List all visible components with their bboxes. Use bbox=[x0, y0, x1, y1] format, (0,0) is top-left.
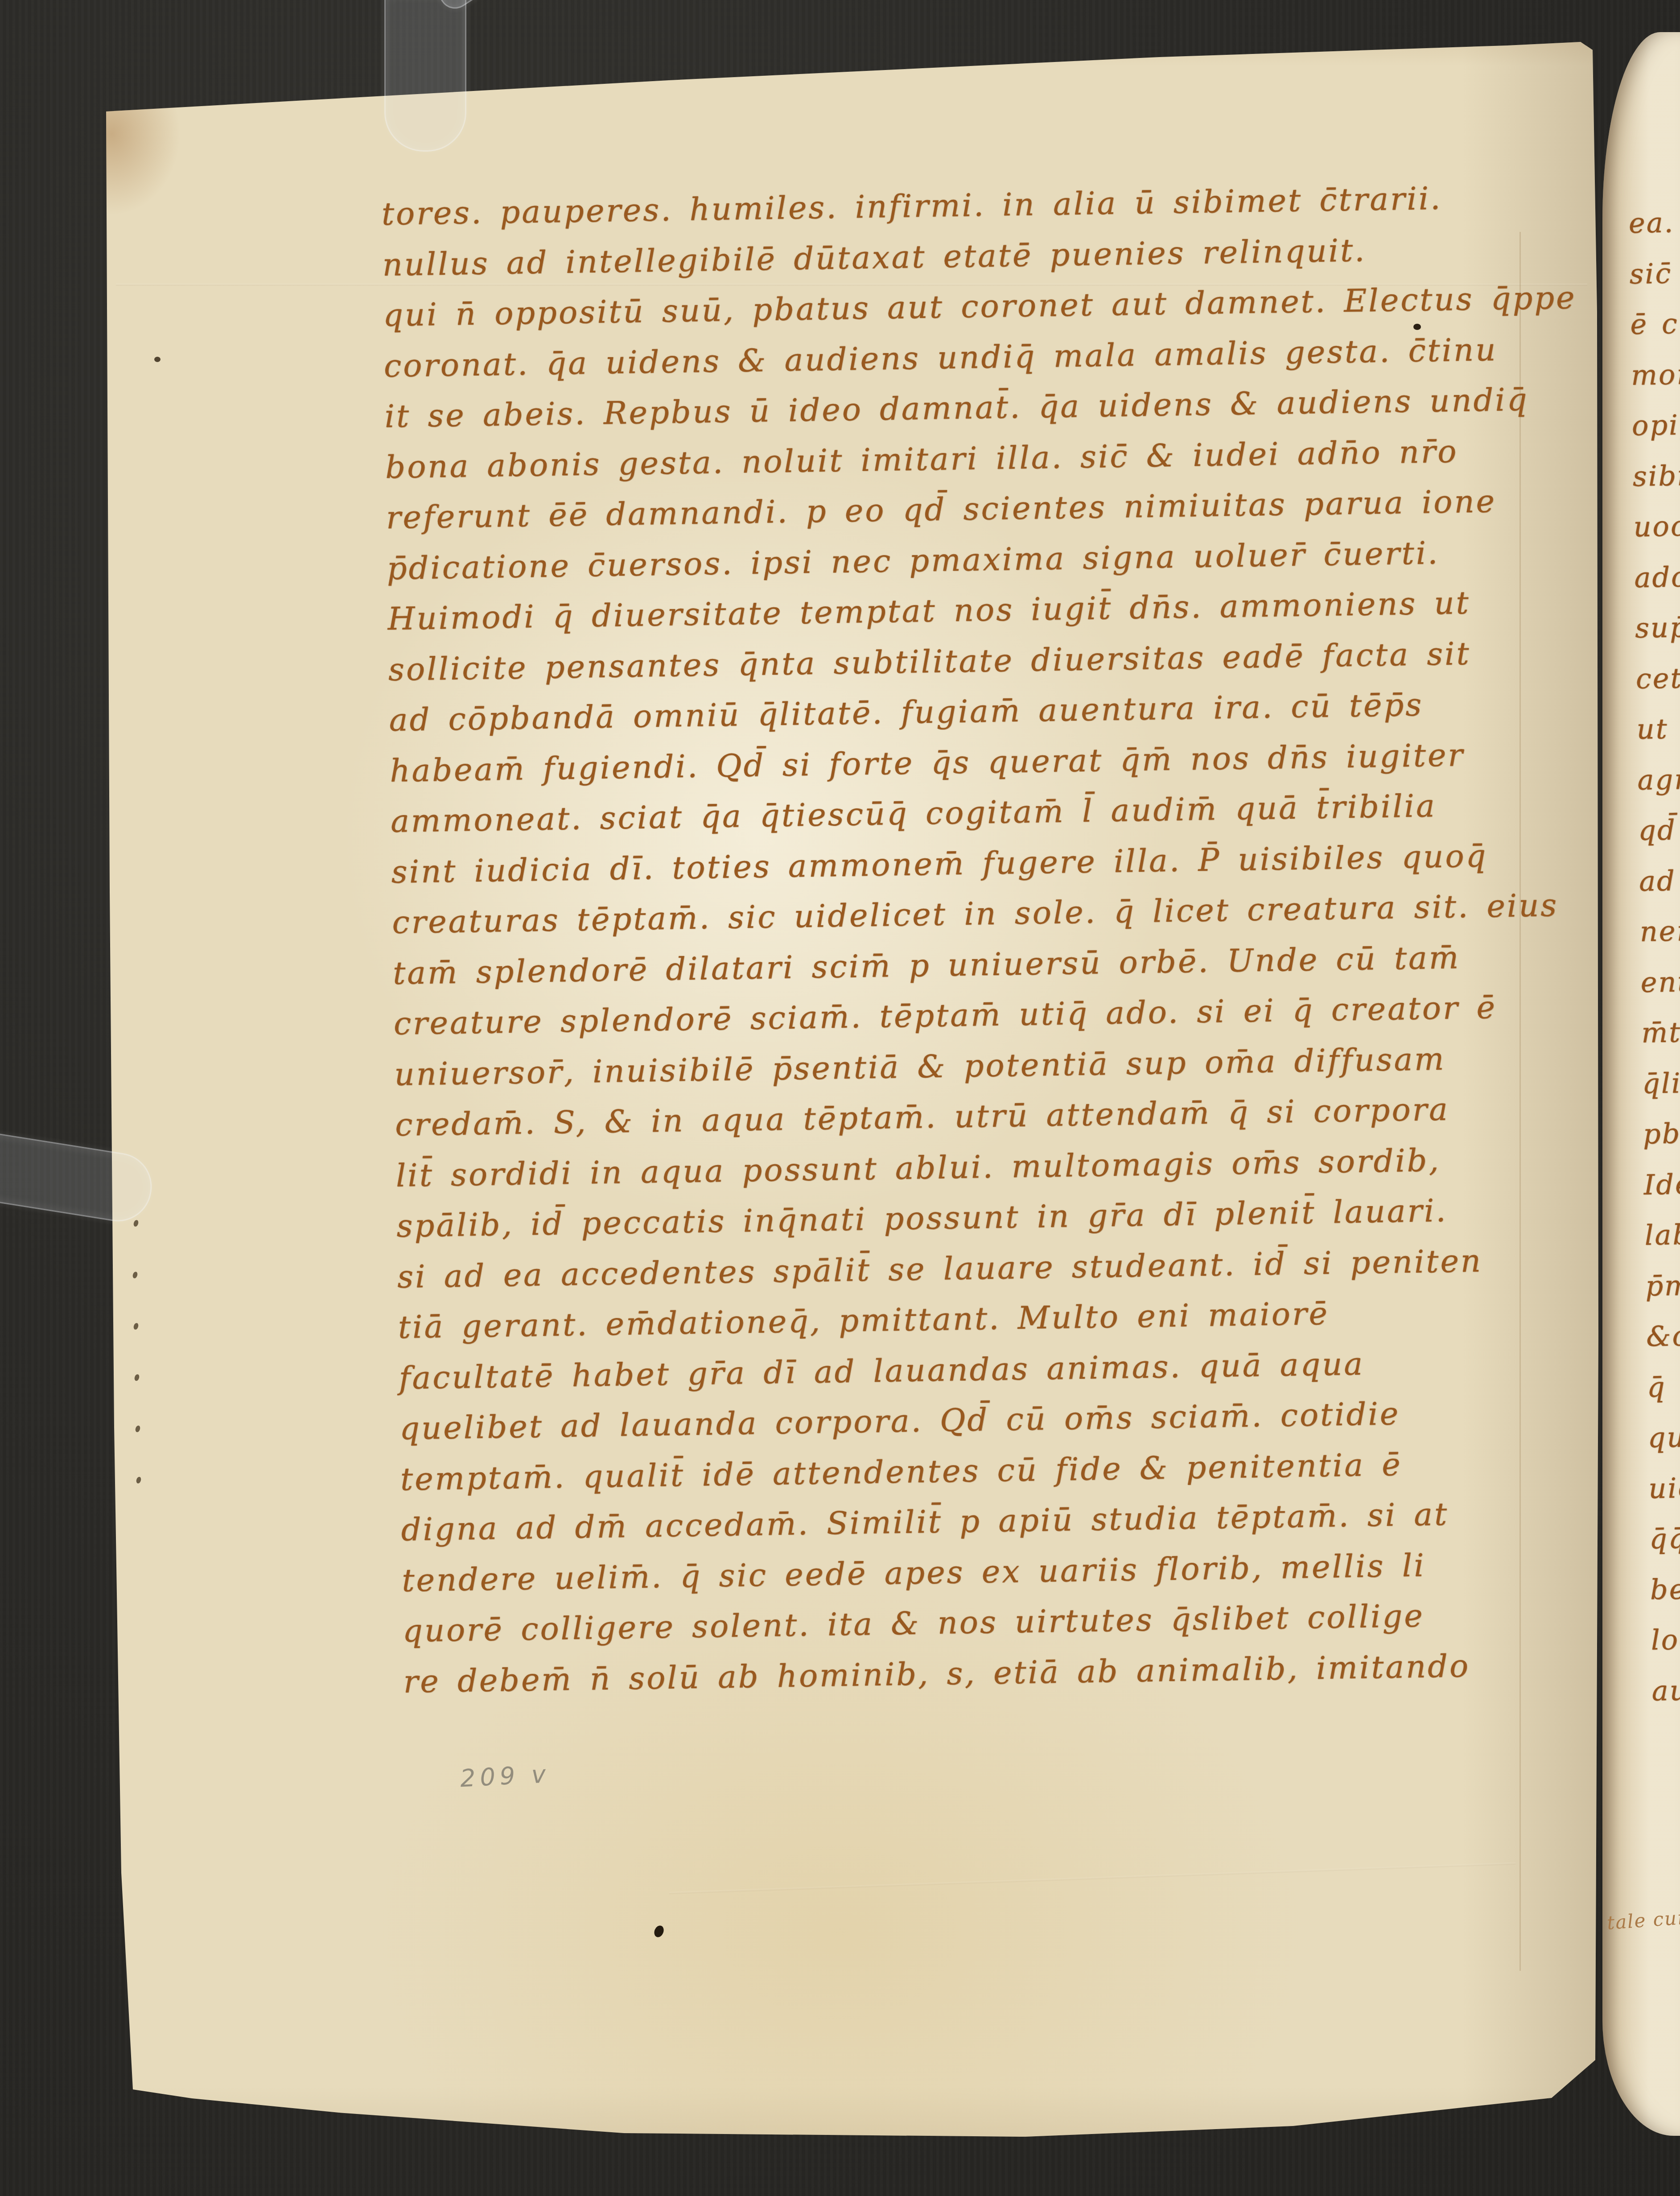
text-line: q̄ tā mir bbox=[1647, 1360, 1680, 1413]
text-line: laboran bbox=[1644, 1207, 1680, 1261]
text-line: entie ua bbox=[1640, 955, 1680, 1008]
text-line: m̄ta. Su bbox=[1641, 1005, 1680, 1059]
pricking-dot bbox=[132, 1271, 138, 1279]
text-line: pbem̄. q̄ bbox=[1643, 1107, 1680, 1160]
pricking-dot bbox=[133, 1220, 139, 1227]
text-line: mon un bbox=[1631, 347, 1680, 400]
text-line: &cet̄. qd̄ bbox=[1646, 1309, 1680, 1362]
text-line: sibiles c bbox=[1632, 449, 1680, 502]
photo-backdrop: tores. pauperes. humiles. infirmi. in al… bbox=[0, 0, 1680, 2196]
text-line: cetera bbox=[1635, 651, 1680, 704]
folio-number-pencil: 209 v bbox=[459, 1760, 551, 1792]
text-line: ut ipse p bbox=[1636, 702, 1680, 755]
facing-page-text: ea. P quasic̄ serpeē cū dix̄mon unopiger… bbox=[1628, 196, 1680, 1716]
pricking-dot bbox=[134, 1374, 140, 1381]
facing-page-sliver: ea. P quasic̄ serpeē cū dix̄mon unopiger… bbox=[1602, 32, 1680, 2136]
pricking-dot bbox=[135, 1425, 141, 1433]
facing-page-bottom-note: tale cursū bbox=[1606, 1905, 1680, 1934]
text-line: loco. inp bbox=[1651, 1612, 1680, 1665]
text-block: tores. pauperes. humiles. infirmi. in al… bbox=[381, 172, 1563, 1707]
pricking-dot bbox=[133, 1323, 139, 1330]
text-line: q̄lit̄ cur bbox=[1642, 1056, 1680, 1109]
text-line: q̄q̄ & cō bbox=[1649, 1511, 1680, 1564]
manuscript-page: tores. pauperes. humiles. infirmi. in al… bbox=[0, 0, 1680, 2196]
text-line: sic̄ serpe bbox=[1629, 246, 1680, 299]
text-line: sup̄dict bbox=[1635, 601, 1680, 654]
text-line: uoceas. bbox=[1633, 499, 1680, 552]
text-line: Idē de c bbox=[1643, 1157, 1680, 1210]
text-line: agnosca bbox=[1637, 752, 1680, 805]
text-line: ē cū dix̄ bbox=[1630, 297, 1680, 350]
text-line: p̄mia etr̄ bbox=[1645, 1258, 1680, 1311]
text-line: qd̄ de n bbox=[1638, 803, 1680, 856]
text-line: nemo po bbox=[1639, 904, 1680, 957]
pricking-dot bbox=[136, 1476, 142, 1484]
text-line: ea. P qua bbox=[1628, 196, 1680, 249]
text-line: opiger: bbox=[1631, 398, 1680, 451]
parchment-crease bbox=[669, 1862, 1515, 1894]
text-line: uie dn̄i bbox=[1648, 1461, 1680, 1514]
ink-speck bbox=[653, 1924, 666, 1939]
ink-speck bbox=[154, 357, 161, 362]
mounting-clip-top bbox=[384, 0, 466, 152]
ink-speck bbox=[1413, 324, 1421, 330]
text-line: ad supna bbox=[1639, 853, 1680, 906]
text-line: benefici bbox=[1650, 1562, 1680, 1615]
text-line: aut c̄tra bbox=[1651, 1663, 1680, 1716]
text-line: ado res bbox=[1634, 550, 1680, 603]
text-line: quā inf bbox=[1647, 1410, 1680, 1463]
